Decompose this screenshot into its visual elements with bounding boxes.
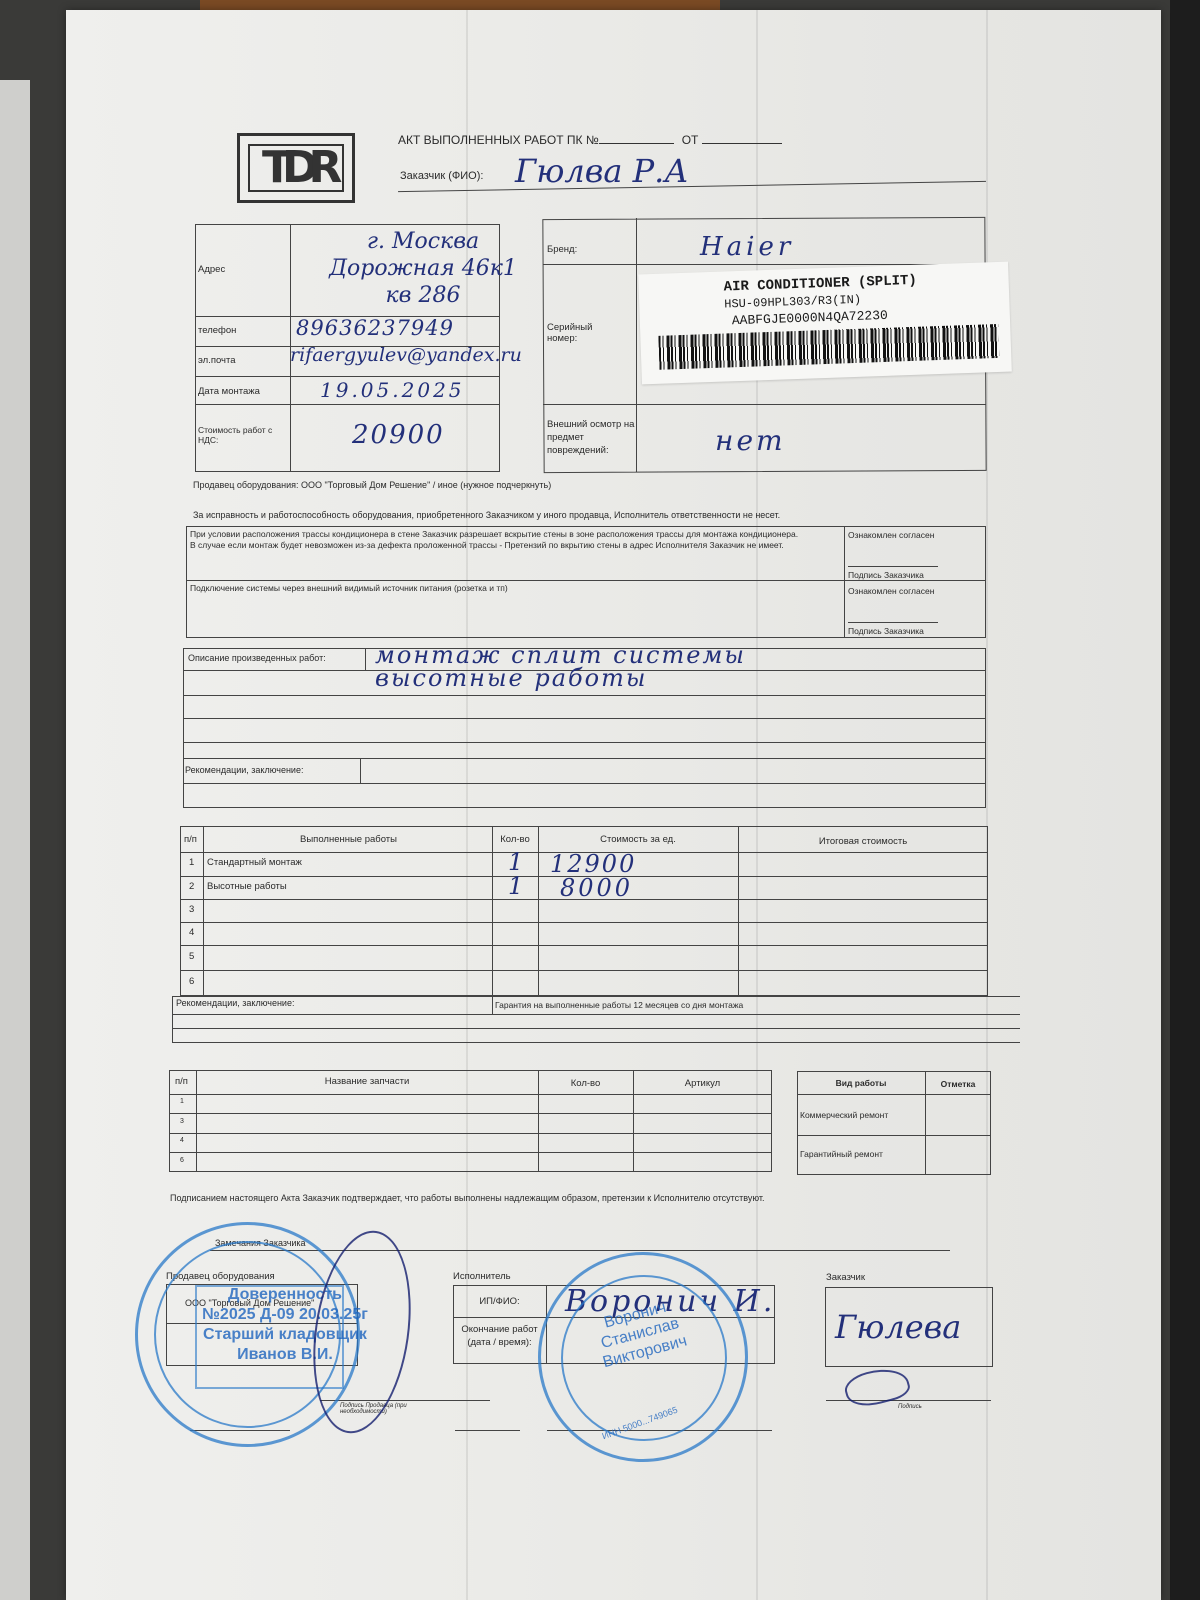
barcode	[658, 324, 999, 370]
works-header-qty: Кол-во	[492, 834, 538, 845]
customer-sign-value: Гюлева	[835, 1308, 961, 1346]
work-description-value: монтаж сплит системы высотные работы	[375, 644, 746, 690]
row-qty: 1	[508, 872, 523, 900]
condition-1-agree: Ознакомлен согласен	[848, 530, 934, 540]
responsibility-note: За исправность и работоспособность обору…	[193, 510, 780, 520]
executor-end-label: Окончание работ (дата / время):	[453, 1323, 546, 1349]
row-price: 8000	[560, 874, 633, 902]
cost-label: Стоимость работ с НДС:	[198, 425, 283, 445]
email-value: rifaergyulev@yandex.ru	[290, 344, 522, 366]
phone-value: 89636237949	[296, 316, 454, 340]
install-date-label: Дата монтажа	[198, 386, 260, 397]
confirmation-text: Подписанием настоящего Акта Заказчик под…	[170, 1193, 765, 1203]
company-logo: TDR	[237, 133, 355, 203]
document-title: АКТ ВЫПОЛНЕННЫХ РАБОТ ПК №ОТ	[398, 133, 782, 147]
parts-header-name: Название запчасти	[196, 1076, 538, 1087]
address-label: Адрес	[198, 264, 225, 275]
customer-label: Заказчик (ФИО):	[400, 170, 483, 182]
row-number: 1	[189, 857, 194, 868]
parts-header-n: п/п	[175, 1076, 188, 1087]
repair-commercial: Коммерческий ремонт	[800, 1110, 888, 1120]
row-number: 5	[189, 951, 194, 962]
address-value: г. Москва Дорожная 46к1 кв 286	[298, 228, 548, 309]
repair-warranty: Гарантийный ремонт	[800, 1149, 883, 1159]
executor-label: Исполнитель	[453, 1271, 511, 1282]
repair-header-type: Вид работы	[797, 1078, 925, 1088]
sticker-product: AIR CONDITIONER (SPLIT)	[723, 273, 917, 296]
row-number: 2	[189, 881, 194, 892]
repair-header-mark: Отметка	[925, 1079, 991, 1089]
serial-label: Серийный номер:	[547, 322, 607, 344]
condition-1-text: При условии расположения трассы кондицио…	[190, 529, 840, 551]
row-number: 3	[189, 904, 194, 915]
work-description-label: Описание произведенных работ:	[188, 653, 326, 663]
install-date-value: 19.05.2025	[320, 378, 465, 402]
condition-2-text: Подключение системы через внешний видимы…	[190, 583, 508, 593]
works-recommend-label: Рекомендации, заключение:	[176, 998, 294, 1008]
phone-label: телефон	[198, 325, 236, 336]
customer-sign-label: Подпись	[898, 1404, 922, 1410]
email-label: эл.почта	[198, 355, 236, 366]
condition-1-sign: Подпись Заказчика	[848, 570, 924, 580]
background-left	[0, 80, 30, 1600]
parts-row-number: 6	[180, 1157, 184, 1164]
row-number: 6	[189, 976, 194, 987]
background-right	[1170, 0, 1200, 1600]
sticker-serial: AABFGJE0000N4QA72230	[732, 308, 888, 328]
works-header-total: Итоговая стоимость	[738, 836, 988, 847]
inspection-label: Внешний осмотр на предмет повреждений:	[547, 418, 637, 457]
condition-2-agree: Ознакомлен согласен	[848, 586, 934, 596]
works-header-n: п/п	[184, 834, 197, 845]
warranty-text: Гарантия на выполненные работы 12 месяце…	[495, 1000, 743, 1010]
parts-header-article: Артикул	[633, 1078, 772, 1089]
serial-sticker: AIR CONDITIONER (SPLIT) HSU-09HPL303/R3(…	[638, 262, 1012, 385]
parts-row-number: 1	[180, 1098, 184, 1105]
works-header-name: Выполненные работы	[205, 834, 492, 845]
customer-sign-box-label: Заказчик	[826, 1272, 865, 1283]
row-work-name: Высотные работы	[207, 881, 287, 892]
row-work-name: Стандартный монтаж	[207, 857, 302, 868]
inspection-value: нет	[715, 424, 786, 457]
works-header-price: Стоимость за ед.	[538, 834, 738, 845]
condition-2-sign: Подпись Заказчика	[848, 626, 924, 636]
brand-value: Haier	[700, 232, 794, 262]
customer-name: Гюлва Р.А	[515, 152, 689, 190]
seller-note: Продавец оборудования: ООО "Торговый Дом…	[193, 480, 551, 490]
recommendations-label: Рекомендации, заключение:	[185, 765, 303, 775]
executor-name-label: ИП/ФИО:	[453, 1296, 546, 1307]
parts-row-number: 4	[180, 1137, 184, 1144]
parts-header-qty: Кол-во	[538, 1078, 633, 1089]
parts-row-number: 3	[180, 1118, 184, 1125]
brand-label: Бренд:	[547, 244, 577, 255]
row-number: 4	[189, 927, 194, 938]
cost-value: 20900	[352, 420, 445, 450]
